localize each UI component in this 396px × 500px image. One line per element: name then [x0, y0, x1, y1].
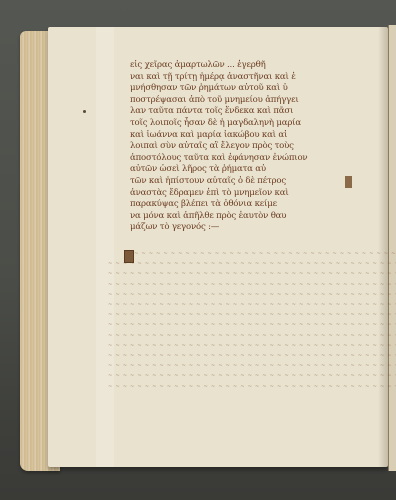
- text-line: λοιπαὶ σὺν αὐταῖς αἳ ἔλεγον πρὸς τοὺς: [130, 141, 307, 153]
- commentary-text-block: ~~~~~~~~~~~~~~~~~~~~~~~~~~~~~~~~~~~~~~~~…: [108, 249, 396, 392]
- text-line: καὶ ἰωάννα καὶ μαρία ἰακώβου καὶ αἱ: [130, 130, 307, 142]
- marginal-mark: [345, 176, 352, 188]
- text-line: ποστρέψασαι ἀπὸ τοῦ μνημείου ἀπήγγει: [130, 95, 307, 107]
- text-line: μνήσθησαν τῶν ῥημάτων αὐτοῦ καὶ ὑ: [130, 83, 307, 95]
- text-line: εἰς χεῖρας ἁμαρτωλῶν ... ἐγερθῆ: [130, 60, 307, 72]
- ink-spot: [83, 110, 86, 113]
- text-line: λαν ταῦτα πάντα τοῖς ἕνδεκα καὶ πᾶσι: [130, 106, 307, 118]
- text-line: ναι καὶ τῇ τρίτῃ ἡμέρᾳ ἀναστῆναι καὶ ἐ: [130, 72, 307, 84]
- binding-gutter: [388, 25, 396, 471]
- main-text-block: εἰς χεῖρας ἁμαρτωλῶν ... ἐγερθῆ ναι καὶ …: [130, 60, 307, 234]
- text-line: αὐτῶν ὡσεὶ λῆρος τὰ ῥήματα αὐ: [130, 164, 307, 176]
- text-line: ἀναστὰς ἔδραμεν ἐπὶ τὸ μνημεῖον καὶ: [130, 188, 307, 200]
- text-line: μάζων τὸ γεγονός :—: [130, 222, 307, 234]
- text-line: παρακύψας βλέπει τὰ ὀθόνια κείμε: [130, 199, 307, 211]
- text-line: ἀποστόλους ταῦτα καὶ ἐφάνησαν ἐνώπιον: [130, 153, 307, 165]
- text-line: τοῖς λοιποῖς ἦσαν δὲ ἡ μαγδαληνὴ μαρία: [130, 118, 307, 130]
- text-line: τῶν καὶ ἠπίστουν αὐταῖς ὁ δὲ πέτρος: [130, 176, 307, 188]
- text-line: να μόνα καὶ ἀπῆλθε πρὸς ἑαυτὸν θαυ: [130, 211, 307, 223]
